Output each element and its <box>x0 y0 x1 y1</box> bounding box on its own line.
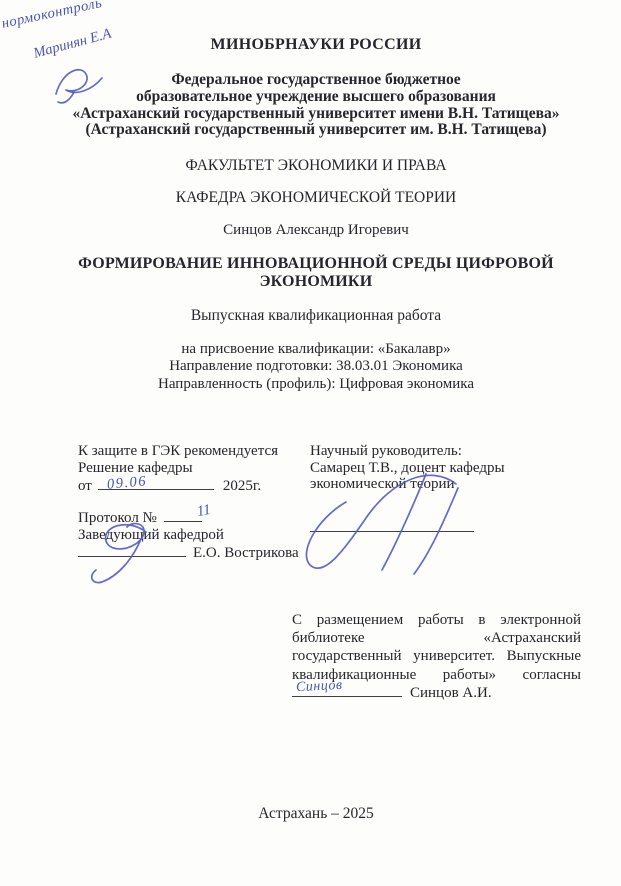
head-of-department-signature <box>82 514 182 589</box>
ministry-heading: МИНОБРНАУКИ РОССИИ <box>36 36 596 54</box>
qualification-block: на присвоение квалификации: «Бакалавр» Н… <box>36 341 596 393</box>
approval-date-prefix: от <box>78 478 92 494</box>
work-type: Выпускная квалификационная работа <box>36 307 596 325</box>
approval-recommendation: К защите в ГЭК рекомендуется <box>78 443 299 460</box>
faculty-name: ФАКУЛЬТЕТ ЭКОНОМИКИ И ПРАВА <box>36 157 596 175</box>
spacer <box>78 494 299 509</box>
approval-decision: Решение кафедры <box>78 460 299 477</box>
head-of-department-name: Е.О. Вострикова <box>193 545 299 561</box>
consent-line: библиотеке «Астраханский <box>292 629 581 647</box>
thesis-title-page: нормоконтроль Маринян Е.А МИНОБРНАУКИ РО… <box>0 0 621 886</box>
institution-name: Федеральное государственное бюджетное об… <box>36 72 596 139</box>
handwritten-protocol-number: 11 <box>196 502 213 521</box>
qualification-line: на присвоение квалификации: «Бакалавр» <box>36 341 596 358</box>
handwritten-date: 09.06 <box>106 473 147 493</box>
consent-signer-name: Синцов А.И. <box>410 685 492 701</box>
city-year: Астрахань – 2025 <box>36 805 596 823</box>
institution-line: «Астраханский государственный университе… <box>36 106 596 123</box>
department-name: КАФЕДРА ЭКОНОМИЧЕСКОЙ ТЕОРИИ <box>36 189 596 207</box>
consent-line: С размещением работы в электронной <box>292 611 581 629</box>
institution-line: (Астраханский государственный университе… <box>36 122 596 139</box>
qualification-line: Направленность (профиль): Цифровая эконо… <box>36 376 596 393</box>
thesis-title-line: ФОРМИРОВАНИЕ ИННОВАЦИОННОЙ СРЕДЫ ЦИФРОВО… <box>36 255 596 273</box>
approval-date-suffix: 2025г. <box>223 478 261 494</box>
institution-line: Федеральное государственное бюджетное <box>36 72 596 89</box>
qualification-line: Направление подготовки: 38.03.01 Экономи… <box>36 358 596 375</box>
institution-line: образовательное учреждение высшего образ… <box>36 89 596 106</box>
supervisor-signature <box>296 460 496 580</box>
thesis-title-line: ЭКОНОМИКИ <box>36 273 596 291</box>
handwritten-consent-signature: Синцов <box>296 678 343 696</box>
normcontrol-note-line1: нормоконтроль <box>0 0 103 33</box>
author-name: Синцов Александр Игоревич <box>36 222 596 239</box>
consent-line: государственный университет. Выпускные <box>292 647 581 665</box>
thesis-title: ФОРМИРОВАНИЕ ИННОВАЦИОННОЙ СРЕДЫ ЦИФРОВО… <box>36 255 596 290</box>
supervisor-label: Научный руководитель: <box>310 443 582 460</box>
